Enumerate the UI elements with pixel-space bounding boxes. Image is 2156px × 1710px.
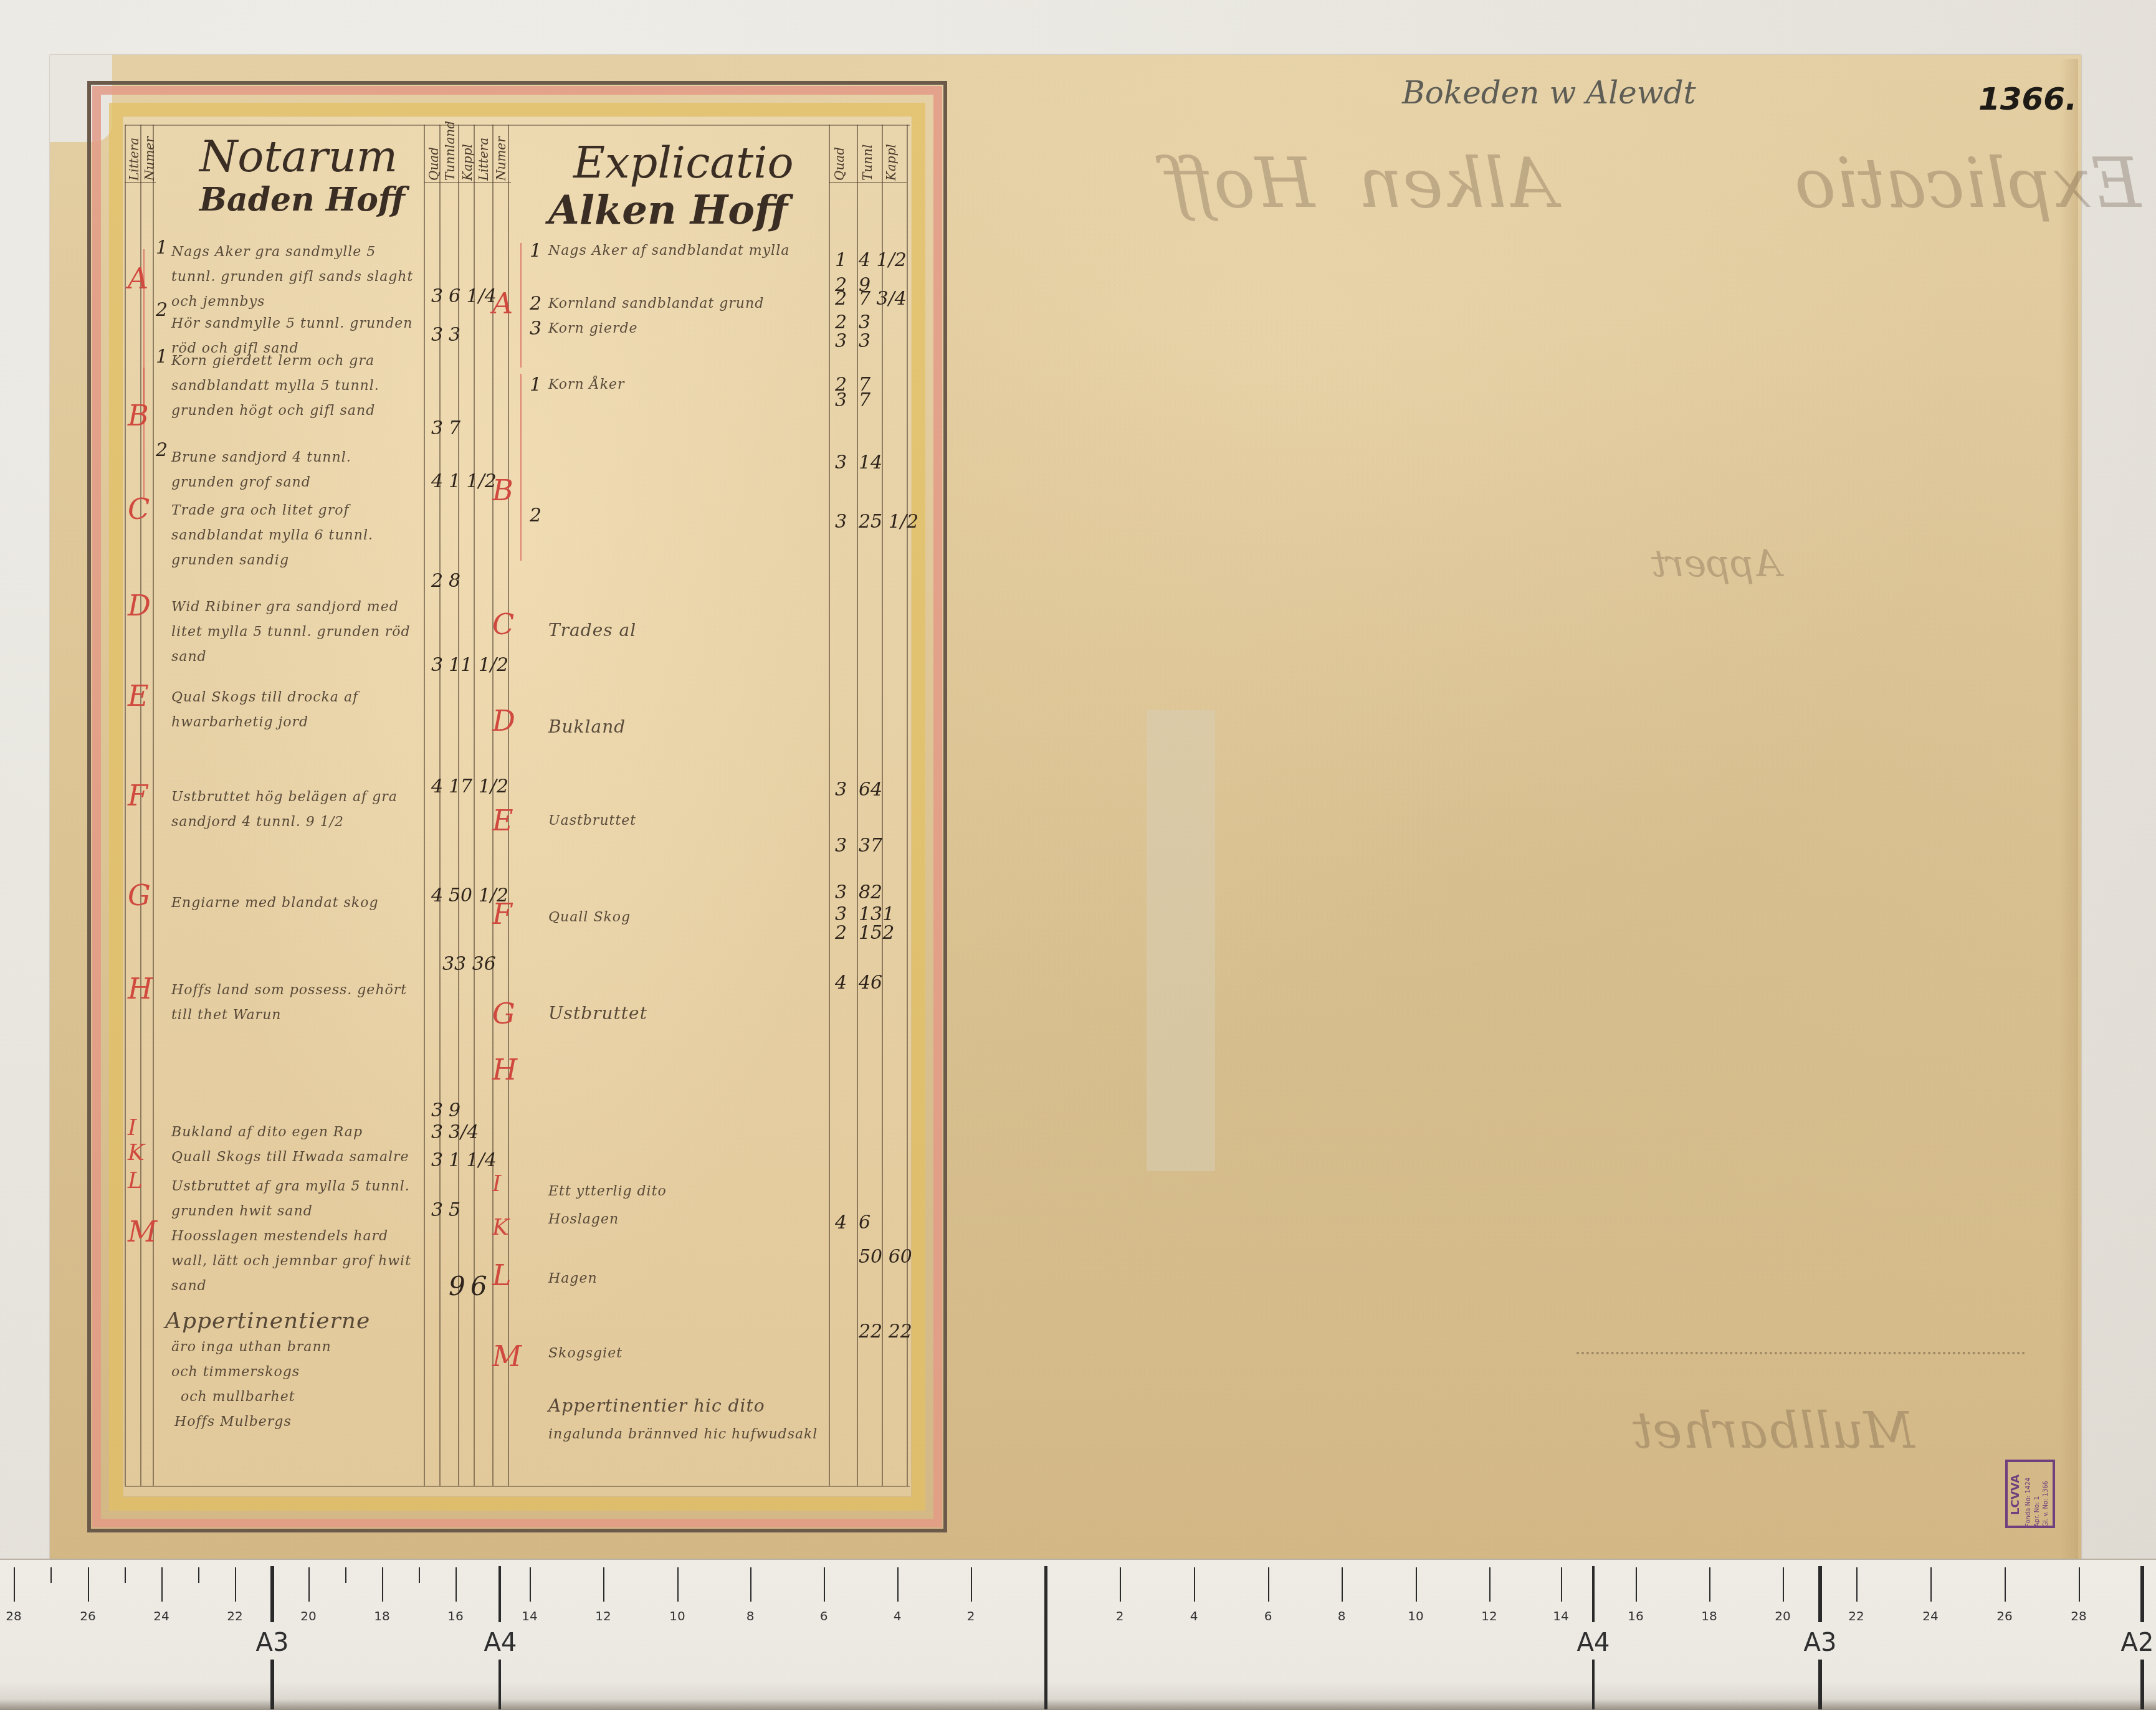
- col-rule: [829, 125, 830, 1486]
- ruler-tick-label: 14: [1553, 1608, 1568, 1623]
- row-text: Engiarne med blandat skog: [171, 891, 417, 916]
- footer-line: och timmerskogs: [171, 1364, 300, 1380]
- row-num: 1: [156, 237, 168, 259]
- row-num: 1: [530, 240, 541, 262]
- col-header-littera: Littera: [126, 138, 141, 181]
- footer-line-right: ingalunda brännved hic hufwudsakl: [548, 1427, 818, 1442]
- ruler-tick-label: 2: [967, 1608, 975, 1623]
- row-letter-c: C: [128, 492, 150, 526]
- appertinentier-heading: Appertinentierne: [165, 1308, 370, 1334]
- footer-line: och mullbarhet: [181, 1389, 295, 1405]
- ruler-tick: [2079, 1567, 2080, 1602]
- ruler-tick: [14, 1567, 15, 1602]
- row-val2: 8: [449, 570, 460, 592]
- row-letter-h: H: [492, 1053, 517, 1086]
- col-header-numer-2: Numer: [494, 136, 508, 181]
- row-val2: 11 1/2: [449, 654, 508, 676]
- left-title-baden-hoff: Baden Hoff: [199, 181, 405, 219]
- row-val1: 3: [431, 285, 443, 307]
- row-letter-h: H: [128, 972, 153, 1005]
- ruler-tick-label: 6: [820, 1608, 828, 1623]
- appertinentier-right: Appertinentier hic dito: [548, 1395, 765, 1416]
- ruler-tick: [382, 1567, 383, 1602]
- ruler-tick: [1930, 1567, 1932, 1602]
- row-num: 2: [530, 293, 541, 315]
- row-val2: 1 1/4: [449, 1149, 497, 1171]
- paper-repair-tape: [1147, 710, 1215, 1171]
- ruler-tick: [308, 1567, 310, 1602]
- row-val1: 4: [835, 972, 847, 994]
- row-text: Kornland sandblandat grund: [548, 296, 764, 311]
- ruler-tick: [1783, 1567, 1784, 1602]
- col-rule: [857, 125, 858, 1486]
- ruler-tick-label: 24: [1922, 1608, 1938, 1623]
- measuring-ruler: 28 26 24 22 A3 20 18 16 A4 14 12 10 8 6 …: [0, 1559, 2156, 1710]
- row-val2: 46: [859, 972, 882, 994]
- ruler-tick: [971, 1567, 972, 1602]
- ruler-tick: [235, 1567, 236, 1602]
- row-letter-l: L: [492, 1258, 512, 1292]
- row-text: Trades al: [548, 620, 636, 640]
- ruler-tick: [824, 1567, 825, 1602]
- row-text: Korn Åker: [548, 377, 625, 392]
- size-marker-a4: [1592, 1660, 1595, 1709]
- ruler-tick-label: 12: [1481, 1608, 1497, 1623]
- row-text: Wid Ribiner gra sandjord med litet mylla…: [171, 595, 417, 670]
- ruler-tick-label: 8: [1338, 1608, 1346, 1623]
- ruler-tick: [897, 1567, 899, 1602]
- size-marker-a3: [270, 1566, 274, 1622]
- row-val1: 9: [449, 1271, 465, 1301]
- ruler-tick-label: 12: [595, 1608, 611, 1623]
- row-text: Ustbruttet af gra mylla 5 tunnl. grunden…: [171, 1174, 417, 1224]
- header-rule: [829, 182, 907, 183]
- size-marker-a2: [2140, 1566, 2144, 1622]
- row-val1: 3: [431, 1149, 443, 1171]
- row-val2: 152: [859, 922, 894, 944]
- stamp-title: LCVVA: [2009, 1475, 2022, 1515]
- size-label-a3: A3: [256, 1628, 289, 1657]
- row-text: Quall Skog: [548, 910, 631, 925]
- ruler-tick: [1120, 1567, 1121, 1602]
- row-val2: 9: [449, 1100, 460, 1121]
- row-val1: 2: [835, 288, 847, 310]
- row-num: 3: [530, 318, 541, 340]
- row-text: Nags Aker gra sandmylle 5 tunnl. grunden…: [171, 240, 417, 315]
- row-letter-c: C: [492, 607, 514, 641]
- row-val2: 82: [859, 881, 882, 903]
- size-marker-a3: [270, 1660, 274, 1709]
- left-title-notarum: Notarum: [199, 131, 398, 182]
- row-val1: 3: [835, 389, 847, 411]
- row-text: Ustbruttet hög belägen af gra sandjord 4…: [171, 785, 417, 835]
- row-val1: 4: [431, 776, 443, 797]
- footer-line: äro inga uthan brann: [171, 1339, 332, 1355]
- ruler-tick-label: 2: [1116, 1608, 1124, 1623]
- col-header-kappl: Kappl: [460, 144, 475, 181]
- row-val2: 6 1/4: [449, 285, 497, 307]
- row-letter-a: A: [128, 262, 148, 295]
- ruler-tick-label: 6: [1264, 1608, 1272, 1623]
- row-text: Ustbruttet: [548, 1003, 647, 1024]
- col-header-tunnland: Tunnland: [442, 121, 457, 181]
- size-marker-a3: [1818, 1566, 1822, 1622]
- ruler-tick-label: 20: [1775, 1608, 1790, 1623]
- row-letter-e: E: [492, 804, 513, 837]
- row-letter-a: A: [492, 287, 513, 320]
- ruler-tick: [161, 1567, 163, 1602]
- row-letter-i: I: [492, 1171, 501, 1197]
- ruler-tick-label: 26: [80, 1608, 95, 1623]
- row-text: Korn gierde: [548, 321, 638, 336]
- row-text: Nags Aker af sandblandat mylla: [548, 243, 789, 259]
- row-text: Brune sandjord 4 tunnl. grunden grof san…: [171, 445, 417, 495]
- row-letter-b: B: [128, 399, 149, 432]
- table-bottom-rule: [125, 1486, 910, 1487]
- row-val2: 5: [449, 1199, 460, 1221]
- bleed-through-text: Appert: [1651, 542, 1781, 586]
- ruler-tick: [125, 1567, 126, 1583]
- right-title-alken-hoff: Alken Hoff: [548, 187, 788, 234]
- ruler-tick: [198, 1567, 199, 1583]
- row-val1: 2: [431, 570, 443, 592]
- col-rule: [907, 125, 908, 1486]
- row-val1: 3: [835, 330, 847, 352]
- row-val2: 7: [859, 389, 871, 411]
- row-letter-k: K: [128, 1140, 145, 1166]
- row-val1: 3: [431, 1121, 443, 1143]
- row-val1: 3: [431, 1199, 443, 1221]
- size-label-a4: A4: [1577, 1628, 1610, 1657]
- ruler-tick-label: 20: [300, 1608, 316, 1623]
- bleed-through-title-2: Alken: [1358, 143, 1556, 223]
- row-text: Korn gierdett lerm och gra sandblandatt …: [171, 349, 417, 424]
- size-label-a4: A4: [484, 1628, 517, 1657]
- ruler-tick: [1194, 1567, 1195, 1602]
- bleed-through-footer: Mullbarhet: [1633, 1402, 1915, 1460]
- row-text: Trade gra och litet grof sandblandat myl…: [171, 498, 417, 573]
- ruler-tick-label: 4: [894, 1608, 902, 1623]
- col-header-quad: Quad: [426, 147, 441, 181]
- size-marker-a4: [1592, 1566, 1595, 1622]
- bleed-through-title-1: Explicatio: [1795, 143, 2141, 223]
- ruler-tick: [419, 1567, 420, 1583]
- col-rule: [882, 125, 883, 1486]
- row-num: 2: [156, 299, 168, 321]
- ruler-tick-label: 22: [1848, 1608, 1864, 1623]
- row-val2: 3: [859, 330, 871, 352]
- size-marker-a4: [498, 1566, 501, 1622]
- col-rule: [153, 125, 154, 1486]
- ruler-tick-label: 10: [1408, 1608, 1423, 1623]
- row-val2: 64: [859, 779, 882, 800]
- ruler-tick: [1268, 1567, 1269, 1602]
- ruler-tick: [345, 1567, 346, 1583]
- row-val1: 3: [431, 417, 443, 439]
- ruler-tick: [2005, 1567, 2006, 1602]
- row-letter-f: F: [492, 897, 512, 931]
- ruler-tick-label: 18: [374, 1608, 389, 1623]
- row-val2: 50 60: [859, 1246, 912, 1268]
- row-letter-e: E: [128, 679, 149, 713]
- ruler-tick-label: 8: [746, 1608, 755, 1623]
- row-letter-f: F: [128, 779, 148, 812]
- size-label-a3: A3: [1804, 1628, 1837, 1657]
- row-text: Bukland: [548, 716, 626, 737]
- col-header-numer: Numer: [142, 136, 157, 181]
- sheet-edge-shadow: [2059, 59, 2078, 1560]
- row-num: 2: [156, 439, 168, 461]
- header-rule: [424, 182, 511, 183]
- ruler-tick: [1856, 1567, 1858, 1602]
- row-letter-m: M: [492, 1339, 522, 1373]
- col-header-tunnl-right: Tunnl: [860, 145, 875, 181]
- header-rule: [125, 182, 156, 183]
- row-text: Bukland af dito egen Rap: [171, 1124, 363, 1140]
- stamp-line: Fonda No: 1424: [2025, 1478, 2032, 1527]
- row-val2: 7 3/4: [859, 288, 907, 310]
- bracket-b: [143, 368, 145, 498]
- row-val1: 4: [431, 470, 443, 492]
- row-val1: 1: [835, 249, 847, 271]
- ruler-tick-label: 16: [447, 1608, 463, 1623]
- ruler-tick-label: 28: [6, 1608, 21, 1623]
- row-text: Uastbruttet: [548, 813, 636, 829]
- stamp-line: Apr. No: 1: [2034, 1496, 2041, 1527]
- row-num: 1: [530, 374, 541, 396]
- col-header-quad-right: Quad: [832, 147, 847, 181]
- row-val1: 3: [431, 324, 443, 346]
- row-val2: 22 22: [859, 1321, 912, 1342]
- row-letter-b: B: [492, 473, 513, 507]
- ruler-tick: [530, 1567, 531, 1602]
- pencil-annotation: Bokeden w Alewdt: [1402, 75, 1696, 111]
- row-letter-d: D: [492, 704, 515, 738]
- row-val2: 1 1/2: [449, 470, 497, 492]
- row-val2: 3: [449, 324, 460, 346]
- row-val2: 3/4: [449, 1121, 479, 1143]
- row-val1: 3: [431, 654, 443, 676]
- row-text: Hoffs land som possess. gehört till thet…: [171, 978, 417, 1028]
- row-val1: 3: [835, 881, 847, 903]
- ruler-tick: [1636, 1567, 1637, 1602]
- col-rule: [125, 125, 126, 1486]
- ruler-tick-label: 18: [1701, 1608, 1717, 1623]
- row-letter-g: G: [128, 878, 151, 912]
- row-val2: 14: [859, 452, 882, 473]
- ruler-tick: [1561, 1567, 1562, 1602]
- row-val1: 3: [835, 835, 847, 857]
- row-text: Hagen: [548, 1271, 598, 1286]
- size-marker-a2: [2140, 1660, 2144, 1709]
- row-letter-d: D: [128, 589, 151, 622]
- table-top-rule: [125, 125, 910, 126]
- row-letter-l: L: [128, 1168, 143, 1194]
- right-title-explicatio: Explicatio: [573, 137, 794, 188]
- ruler-tick: [677, 1567, 679, 1602]
- bleed-through-title-3: Hoff: [1165, 143, 1315, 223]
- ruler-tick-label: 4: [1190, 1608, 1198, 1623]
- ruler-tick: [1416, 1567, 1417, 1602]
- ruler-tick: [1342, 1567, 1343, 1602]
- row-letter-i: I: [128, 1115, 136, 1141]
- row-val2: 6: [859, 1212, 871, 1233]
- ruler-tick: [88, 1567, 89, 1602]
- ruler-tick-label: 14: [522, 1608, 537, 1623]
- ruler-tick-label: 24: [153, 1608, 169, 1623]
- row-text: Ett ytterlig dito: [548, 1184, 667, 1199]
- row-val2: 25 1/2: [859, 511, 918, 533]
- row-text: Hoosslagen mestendels hard wall, lätt oc…: [171, 1224, 417, 1299]
- row-val2: 33 36: [442, 953, 496, 975]
- size-label-a2: A2: [2121, 1628, 2154, 1657]
- row-val2: 17 1/2: [449, 776, 508, 797]
- row-val1: 3: [835, 779, 847, 800]
- ruler-tick-label: 16: [1628, 1608, 1643, 1623]
- size-marker-a3: [1818, 1660, 1822, 1709]
- row-letter-m: M: [128, 1215, 157, 1248]
- row-text: Quall Skogs till Hwada samalre: [171, 1149, 409, 1165]
- row-num: 2: [530, 505, 541, 526]
- dotted-rule: [1576, 1352, 2025, 1357]
- row-val1: 3: [835, 511, 847, 533]
- ruler-tick-label: 22: [227, 1608, 242, 1623]
- row-letter-k: K: [492, 1215, 509, 1240]
- ruler-tick: [456, 1567, 457, 1602]
- stamp-line: Gl. v. No: 1366: [2043, 1481, 2049, 1527]
- row-num: 1: [156, 346, 168, 368]
- row-val2: 6: [470, 1271, 487, 1301]
- ruler-center-line: [1044, 1566, 1047, 1709]
- row-val1: 4: [835, 1212, 847, 1233]
- row-val2: 7: [449, 417, 460, 439]
- ruler-tick: [603, 1567, 604, 1602]
- col-rule: [424, 125, 425, 1486]
- ruler-tick-label: 28: [2071, 1608, 2086, 1623]
- row-letter-g: G: [492, 997, 515, 1030]
- row-val1: 3: [431, 1100, 443, 1121]
- row-val2: 37: [859, 835, 882, 857]
- footer-line: Hoffs Mulbergs: [174, 1414, 292, 1430]
- ruler-tick-label: 26: [1996, 1608, 2012, 1623]
- ruler-tick: [1489, 1567, 1491, 1602]
- col-header-kappl-right: Kappl: [884, 144, 899, 181]
- ruler-tick: [50, 1567, 52, 1583]
- row-val1: 3: [835, 452, 847, 473]
- ruler-tick: [750, 1567, 751, 1602]
- bracket-a-right: [520, 243, 522, 368]
- ruler-tick: [1709, 1567, 1710, 1602]
- ruler-tick-label: 10: [669, 1608, 685, 1623]
- row-val2: 4 1/2: [859, 249, 907, 271]
- row-text: Hoslagen: [548, 1212, 619, 1227]
- row-text: Skogsgiet: [548, 1346, 622, 1361]
- row-val1: 4: [431, 885, 443, 906]
- archive-stamp: LCVVA Fonda No: 1424 Apr. No: 1 Gl. v. N…: [2005, 1460, 2055, 1528]
- col-header-littera-2: Littera: [476, 138, 491, 181]
- bracket-b-right: [520, 374, 522, 561]
- row-val1: 2: [835, 922, 847, 944]
- catalog-number: 1366.: [1978, 81, 2077, 117]
- size-marker-a4: [498, 1660, 501, 1709]
- row-text: Qual Skogs till drocka af hwarbarhetig j…: [171, 685, 417, 735]
